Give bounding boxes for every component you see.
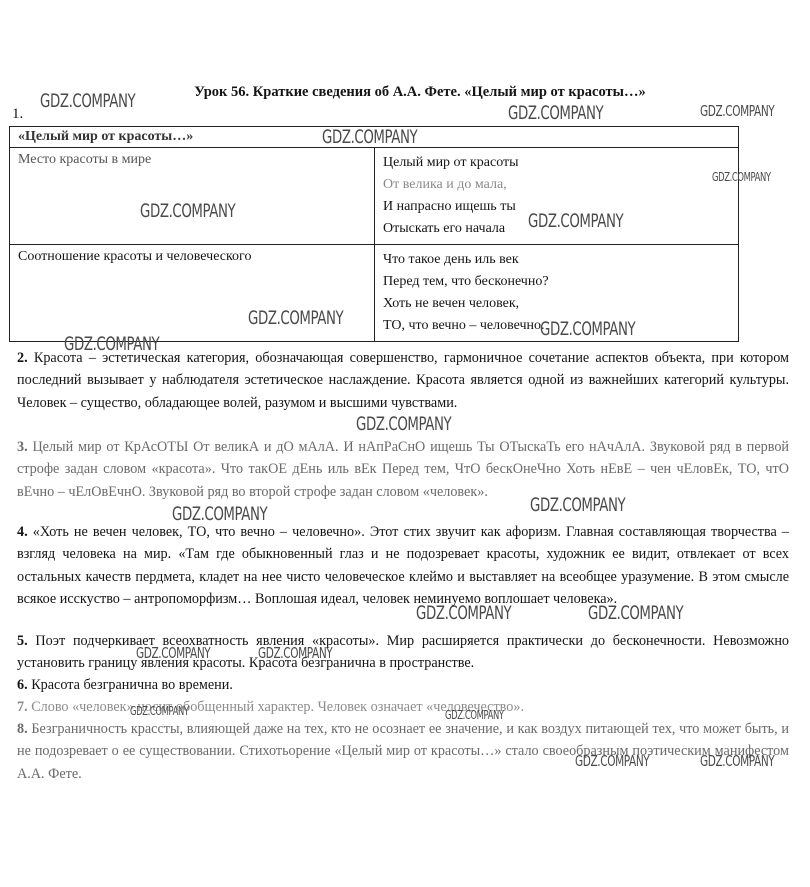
poem-line: Отыскать его начала (383, 218, 730, 240)
answer-paragraph-2: 2. Красота – эстетическая категория, обо… (17, 347, 789, 414)
watermark: GDZ.COMPANY (508, 102, 603, 124)
table-row: Место красоты в мире Целый мир от красот… (10, 148, 739, 245)
row-poem-cell: Целый мир от красоты От велика и до мала… (375, 148, 739, 245)
paragraph-number: 4. (17, 524, 28, 540)
paragraph-number: 3. (17, 439, 28, 455)
watermark: GDZ.COMPANY (356, 413, 451, 435)
paragraph-text: «Хоть не вечен человек, ТО, что вечно – … (17, 524, 789, 607)
row-label: Место красоты в мире (10, 148, 375, 245)
paragraph-text: Поэт подчеркивает всеохватность явления … (17, 633, 789, 671)
poem-line: И напрасно ищешь ты (383, 196, 730, 218)
row-label: Соотношение красоты и человеческого (10, 245, 375, 342)
paragraph-number: 7. (17, 699, 28, 715)
paragraph-text: Красота – эстетическая категория, обозна… (17, 350, 789, 411)
paragraph-text: Красота безгранична во времени. (31, 677, 233, 693)
answer-paragraph-5: 5. Поэт подчеркивает всеохватность явлен… (17, 630, 789, 675)
table-header: «Целый мир от красоты…» (10, 127, 739, 148)
poem-line: Что такое день иль век (383, 249, 730, 271)
watermark: GDZ.COMPANY (700, 102, 774, 120)
page-title: Урок 56. Краткие сведения об А.А. Фете. … (150, 84, 690, 101)
poem-line: Перед тем, что бесконечно? (383, 271, 730, 293)
table-row: Соотношение красоты и человеческого Что … (10, 245, 739, 342)
analysis-table: «Целый мир от красоты…» Место красоты в … (9, 126, 739, 342)
paragraph-number: 8. (17, 721, 28, 737)
paragraph-text: Слово «человек» носит обобщенный характе… (31, 699, 524, 715)
paragraph-text: Безграничность крассты, влияющей даже на… (17, 721, 789, 782)
paragraph-number: 2. (17, 350, 28, 366)
poem-line: ТО, что вечно – человечно. (383, 315, 730, 337)
answer-paragraph-7: 7. Слово «человек» носит обобщенный хара… (17, 696, 789, 718)
paragraph-text: Целый мир от КрАсОТЫ От великА и дО мАлА… (17, 439, 789, 500)
answer-paragraph-4: 4. «Хоть не вечен человек, ТО, что вечно… (17, 521, 789, 610)
answer-paragraph-3: 3. Целый мир от КрАсОТЫ От великА и дО м… (17, 436, 789, 503)
task-1-number: 1. (12, 106, 23, 123)
poem-line: Хоть не вечен человек, (383, 293, 730, 315)
row-poem-cell: Что такое день иль век Перед тем, что бе… (375, 245, 739, 342)
watermark: GDZ.COMPANY (40, 90, 135, 112)
paragraph-number: 5. (17, 633, 28, 649)
answer-paragraph-6: 6. Красота безгранична во времени. (17, 674, 789, 696)
poem-line: От велика и до мала, (383, 174, 730, 196)
poem-line: Целый мир от красоты (383, 152, 730, 174)
answer-paragraph-8: 8. Безграничность крассты, влияющей даже… (17, 718, 789, 785)
paragraph-number: 6. (17, 677, 28, 693)
